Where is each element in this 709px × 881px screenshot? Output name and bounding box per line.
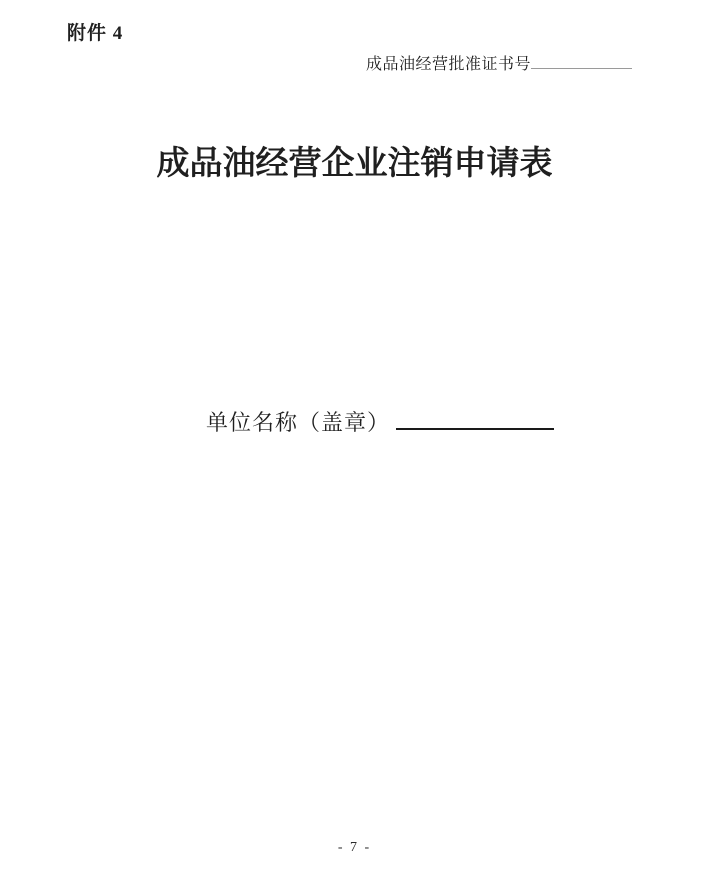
- unit-name-line: 单位名称（盖章）: [206, 406, 554, 437]
- page-title: 成品油经营企业注销申请表: [0, 137, 709, 184]
- unit-name-label: 单位名称（盖章）: [206, 410, 390, 435]
- certificate-number-line: 成品油经营批准证书号: [366, 51, 632, 74]
- certificate-number-label: 成品油经营批准证书号: [366, 56, 531, 73]
- page-number: - 7 -: [0, 840, 709, 856]
- document-page: 附件 4 成品油经营批准证书号 成品油经营企业注销申请表 单位名称（盖章） - …: [0, 0, 709, 881]
- unit-name-blank: [396, 428, 554, 430]
- certificate-number-blank: [531, 68, 632, 69]
- attachment-label: 附件 4: [67, 18, 123, 45]
